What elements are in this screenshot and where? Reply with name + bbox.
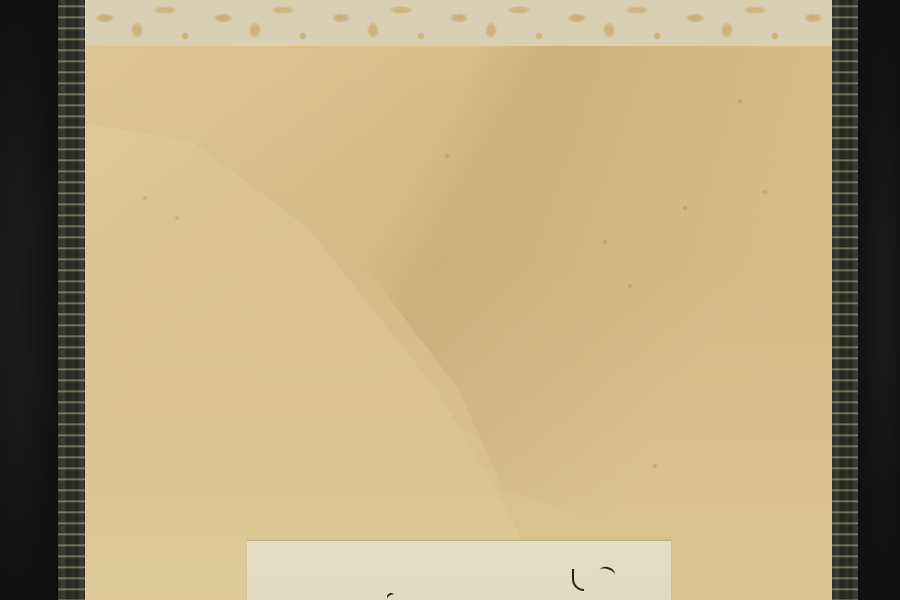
brush-stroke: [386, 592, 397, 600]
brush-stroke: [572, 569, 584, 591]
background-left: [0, 0, 58, 600]
top-brocade-panel: [85, 0, 832, 47]
brush-stroke: [598, 565, 617, 581]
silk-border-left: [58, 0, 85, 600]
silk-border-right: [832, 0, 858, 600]
calligraphy-sheet: [247, 541, 671, 600]
background-right: [858, 0, 900, 600]
